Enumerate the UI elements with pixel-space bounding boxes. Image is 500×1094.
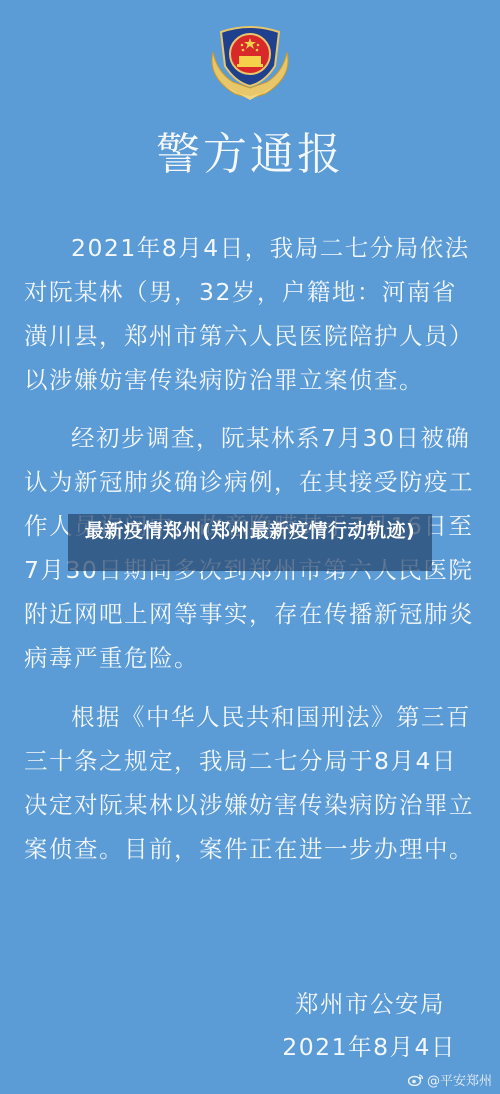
notice-paragraph-3: 根据《中华人民共和国刑法》第三百三十条之规定，我局二七分局于8月4日决定对阮某林… [24, 695, 476, 871]
police-emblem-icon [205, 22, 295, 102]
watermark-text: @平安郑州 [427, 1070, 492, 1089]
signature-date: 2021年8月4日 [282, 1028, 456, 1062]
weibo-icon [408, 1073, 424, 1086]
headline-overlay[interactable]: 最新疫情郑州(郑州最新疫情行动轨迹) [68, 514, 432, 571]
headline-text: 最新疫情郑州(郑州最新疫情行动轨迹) [85, 520, 415, 542]
notice-paragraph-1: 2021年8月4日，我局二七分局依法对阮某林（男，32岁，户籍地：河南省潢川县，… [24, 226, 476, 402]
signature-org: 郑州市公安局 [295, 985, 445, 1019]
notice-title: 警方通报 [0, 118, 500, 182]
weibo-watermark: @平安郑州 [408, 1070, 492, 1089]
